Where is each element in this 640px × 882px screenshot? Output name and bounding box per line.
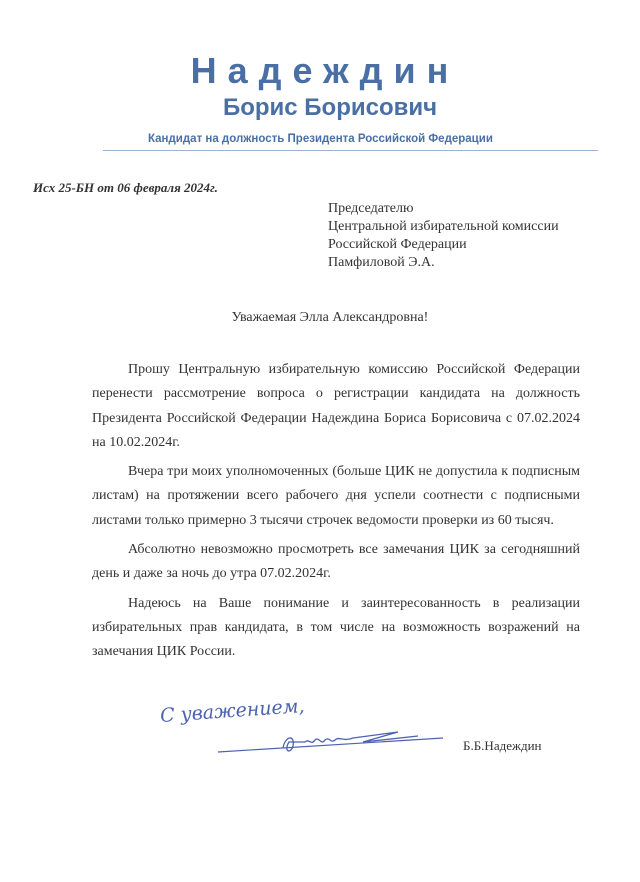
addressee-line: Памфиловой Э.А. (328, 254, 559, 272)
body-paragraph: Надеюсь на Ваше понимание и заинтересова… (92, 592, 580, 665)
signature-icon (213, 728, 453, 763)
letterhead-surname: Надеждин (0, 50, 640, 92)
salutation: Уважаемая Элла Александровна! (0, 310, 640, 326)
letterhead-position: Кандидат на должность Президента Российс… (148, 133, 493, 145)
addressee-line: Российской Федерации (328, 236, 559, 254)
letter-body: Прошу Центральную избирательную комиссию… (92, 358, 580, 670)
body-paragraph: Вчера три моих уполномоченных (больше ЦИ… (92, 460, 580, 533)
letterhead-given-names: Борис Борисович (0, 94, 640, 122)
body-paragraph: Абсолютно невозможно просмотреть все зам… (92, 538, 580, 587)
letterhead-divider (103, 150, 598, 151)
addressee-line: Председателю (328, 200, 559, 218)
signer-name: Б.Б.Надеждин (463, 738, 541, 754)
addressee-block: Председателю Центральной избирательной к… (328, 200, 559, 272)
body-paragraph: Прошу Центральную избирательную комиссию… (92, 358, 580, 455)
addressee-line: Центральной избирательной комиссии (328, 218, 559, 236)
handwritten-closing: С уважением, (159, 695, 305, 727)
outgoing-reference: Исх 25-БН от 06 февраля 2024г. (33, 180, 218, 196)
